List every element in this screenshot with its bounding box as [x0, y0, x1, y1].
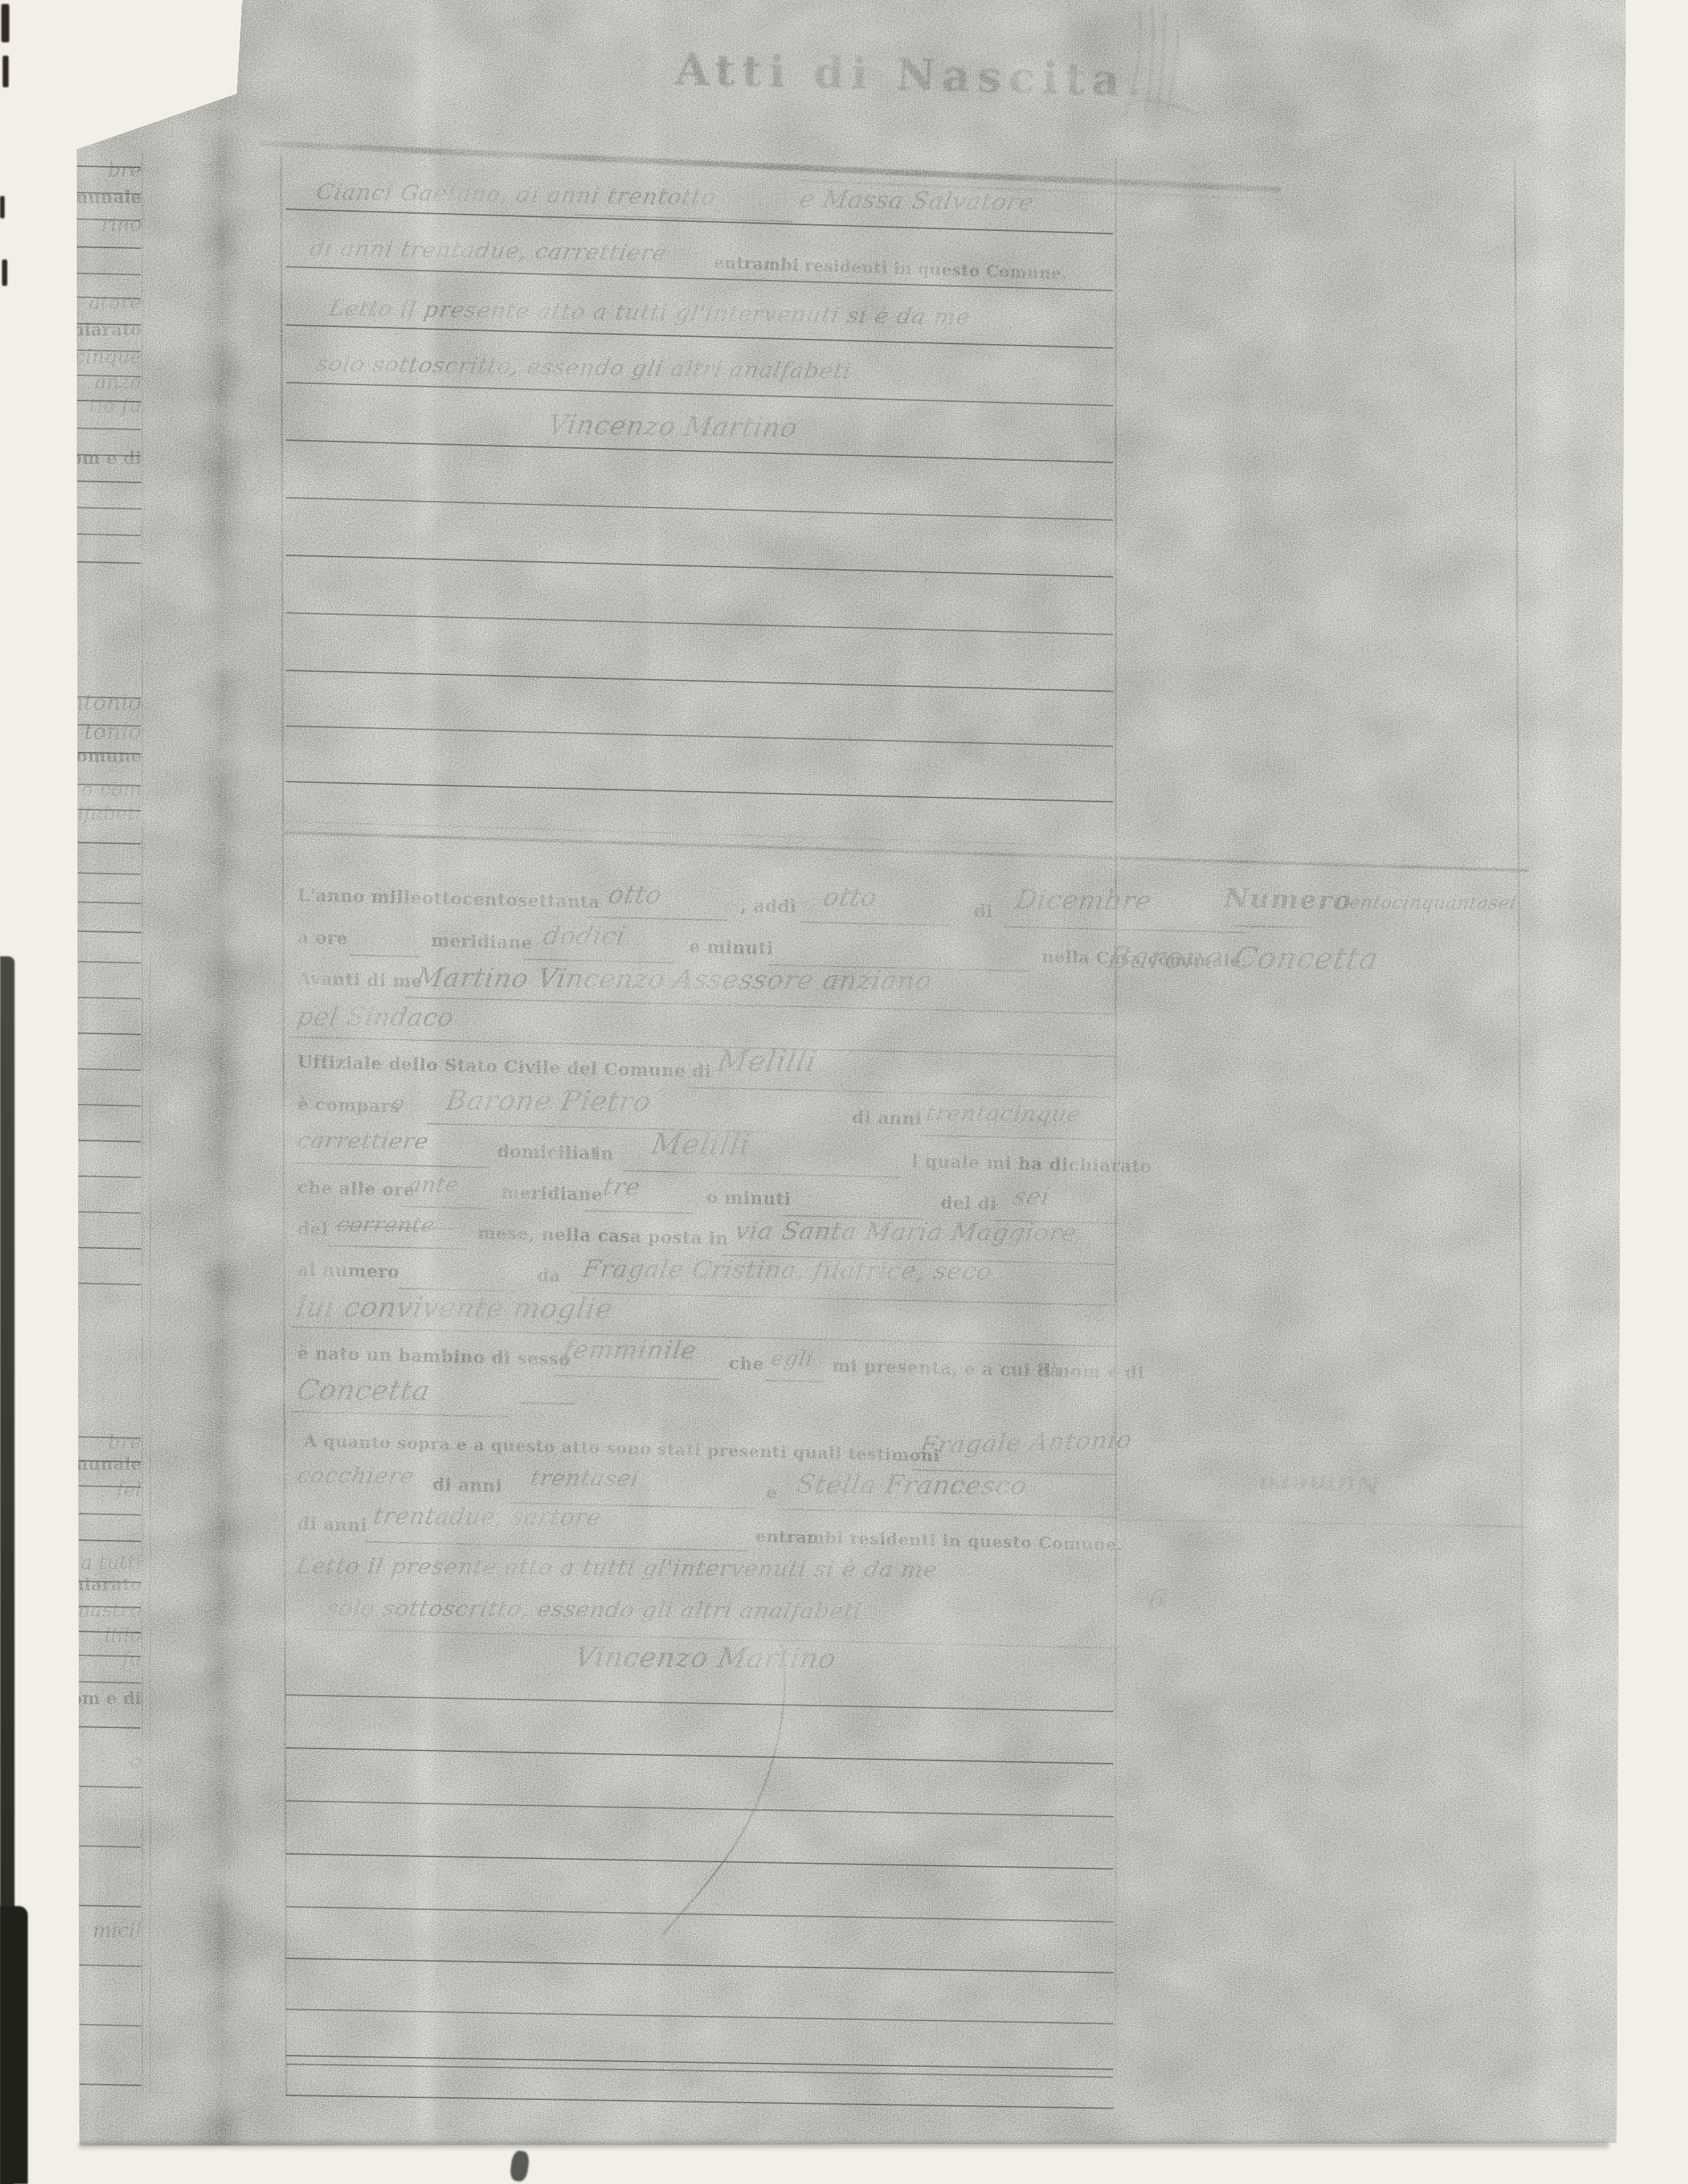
- handwritten-entry: ante: [406, 1172, 461, 1197]
- margin-fragment: o: [53, 1751, 142, 1774]
- handwritten-witness2-name: Stella Francesco: [794, 1470, 1030, 1501]
- scan-edge-mark: [0, 196, 5, 218]
- scan-edge-mark: [3, 56, 9, 87]
- bleed-through-numero: Numero: [1258, 1471, 1380, 1500]
- handwritten-child-name: Concetta: [295, 1374, 433, 1407]
- form-label: in: [594, 1144, 614, 1165]
- form-label: mi presenta, e a cui dà: [832, 1356, 1062, 1381]
- form-label: l quale mi ha dichiarato: [912, 1152, 1152, 1177]
- form-label: e: [766, 1483, 778, 1503]
- handwritten-year: otto: [606, 880, 665, 909]
- handwritten-age: trentadue, sartore: [371, 1504, 603, 1531]
- form-label: meridiane: [501, 1183, 603, 1205]
- margin-fragment: o com: [53, 778, 142, 801]
- form-label: o minuti: [706, 1188, 792, 1210]
- margin-fragment: alfabeti: [53, 802, 142, 825]
- margin-fragment: nom e di: [53, 1689, 142, 1709]
- handwritten-age: trentasei: [528, 1465, 641, 1492]
- bottom-edge-shadow: [79, 2142, 1609, 2148]
- form-label: entrambi residenti in questo Comune.: [714, 253, 1068, 283]
- margin-fragment: uesto Comune.: [53, 747, 142, 766]
- left-column-border: [142, 152, 143, 2093]
- form-label: è nato un bambino di sesso: [297, 1343, 571, 1370]
- form-label: di anni: [297, 1514, 368, 1535]
- margin-fragment: micil: [53, 1919, 142, 1942]
- margin-fragment: mastro: [53, 1599, 142, 1622]
- margin-fragment: sa comunale:: [53, 188, 142, 208]
- bottom-ink-smudge: [509, 2150, 530, 2182]
- handwritten-declarant-name: Barone Pietro: [444, 1084, 654, 1118]
- form-label: a ore: [297, 928, 348, 949]
- handwritten-profession: carrettiere: [295, 1128, 432, 1155]
- fold-shadow-core: [219, 0, 224, 2148]
- scan-edge-mark: [2, 259, 7, 286]
- form-label: nella Casa comunale.: [1042, 947, 1248, 971]
- margin-fragment: asa comunale.: [53, 1455, 142, 1475]
- handwritten-witness1-name: Fragale Antonio: [918, 1426, 1134, 1460]
- numero-value: Centocinquantasei: [1333, 893, 1518, 914]
- margin-fragment: nom e di: [53, 449, 142, 469]
- margin-fragment: anza: [53, 371, 142, 394]
- photocopy-area: Atti di Nascita. bre sa comunale: rino a…: [0, 0, 1688, 2184]
- handwritten-sex: femminile: [561, 1336, 700, 1365]
- handwritten-comune: Melilli: [715, 1045, 820, 1079]
- scan-edge-mark: [1, 4, 9, 42]
- form-label: al numero: [297, 1260, 400, 1283]
- handwritten-age: trentacinque: [923, 1101, 1083, 1128]
- handwritten-day: otto: [821, 883, 880, 912]
- handwritten-hour: dodici: [541, 921, 628, 951]
- form-label: di anni: [852, 1108, 923, 1129]
- form-label: e minuti: [689, 937, 774, 959]
- margin-fragment: fu: [53, 1648, 142, 1671]
- handwritten-entry: di anni trentadue, carrettiere: [307, 236, 669, 267]
- form-label: da: [537, 1266, 561, 1287]
- form-label: A quanto sopra e a questo atto sono stat…: [304, 1431, 940, 1465]
- handwritten-domicile: Melilli: [649, 1128, 753, 1162]
- handwritten-profession: cocchiere: [295, 1463, 417, 1490]
- form-label: meridiane: [431, 931, 533, 954]
- margin-fragment: Antonio: [53, 690, 142, 716]
- form-label: del: [297, 1219, 328, 1240]
- margin-fragment: fel: [53, 1479, 142, 1502]
- form-label: il nom e di: [1037, 1361, 1145, 1384]
- margin-fragment: llilo: [53, 1624, 142, 1647]
- handwritten-entry: corrente: [335, 1212, 438, 1238]
- form-label: entrambi residenti in questo Comune.: [755, 1527, 1123, 1555]
- handwritten-month: Dicembre: [1013, 886, 1154, 917]
- handwritten-entry: solo sottoscritto, essendo gli altri ana…: [314, 351, 854, 385]
- form-label: che: [729, 1354, 765, 1375]
- handwritten-official-name: Martino Vincenzo Assessore anziano: [413, 963, 935, 997]
- margin-fragment: cinque: [53, 345, 142, 369]
- handwritten-entry: sei: [1011, 1183, 1052, 1210]
- margin-fragment: tio fu: [53, 394, 142, 418]
- form-label: mese, nella casa posta in: [477, 1224, 729, 1250]
- handwritten-street: via Santa Maria Maggiore: [733, 1216, 1080, 1247]
- margin-fragment: a tutti: [53, 1551, 142, 1574]
- margin-fragment: bre: [53, 1431, 142, 1454]
- birth-register-scan: Atti di Nascita. bre sa comunale: rino a…: [0, 0, 1688, 2184]
- margin-fragment: tonio: [53, 719, 142, 745]
- form-label: del dì: [941, 1193, 998, 1214]
- form-label: di anni: [432, 1475, 503, 1496]
- handwritten-entry: egli: [769, 1346, 816, 1371]
- form-label: di: [974, 901, 994, 922]
- handwritten-entry: e Massa Salvatore: [798, 186, 1037, 216]
- form-label: domiciliat: [497, 1142, 599, 1164]
- form-label: Avanti di me: [297, 969, 423, 991]
- form-label: è compars: [297, 1095, 400, 1117]
- form-label: L'anno milleottocentosettanta: [297, 886, 600, 913]
- handwritten-closing: solo sottoscritto, essendo gli altri ana…: [324, 1595, 864, 1625]
- copier-streak: [1537, 0, 1570, 2148]
- handwritten-entry: o: [389, 1091, 407, 1116]
- pen-stroke: [616, 1635, 827, 1946]
- handwritten-mother-name: Fragale Cristina, filatrice, seco: [581, 1255, 995, 1286]
- form-label: , addì: [741, 896, 797, 917]
- left-column-border-inner: [150, 953, 151, 2093]
- pen-flourish-icon: [1099, 4, 1244, 130]
- official-signature: Vincenzo Martino: [545, 410, 800, 444]
- form-label: che alle ore: [297, 1178, 415, 1201]
- pen-dash: [519, 1402, 575, 1405]
- handwritten-entry: pel Sindaco: [295, 1002, 457, 1032]
- margin-fragment: bre: [53, 159, 142, 182]
- margin-fragment: rino: [53, 213, 142, 236]
- handwritten-entry: lui convivente moglie: [294, 1291, 616, 1325]
- handwritten-entry: Cianci Gaetano, di anni trentotto: [314, 179, 718, 211]
- scan-edge-corner: [0, 1906, 28, 2184]
- handwritten-closing: Letto il presente atto a tutti gl'interv…: [294, 1553, 939, 1584]
- handwritten-entry: tre: [601, 1174, 643, 1201]
- margin-fragment: ha dichiarato: [53, 1575, 142, 1595]
- form-label: Uffiziale dello Stato Civile del Comune …: [297, 1052, 712, 1082]
- margin-fragment: atore: [53, 291, 142, 314]
